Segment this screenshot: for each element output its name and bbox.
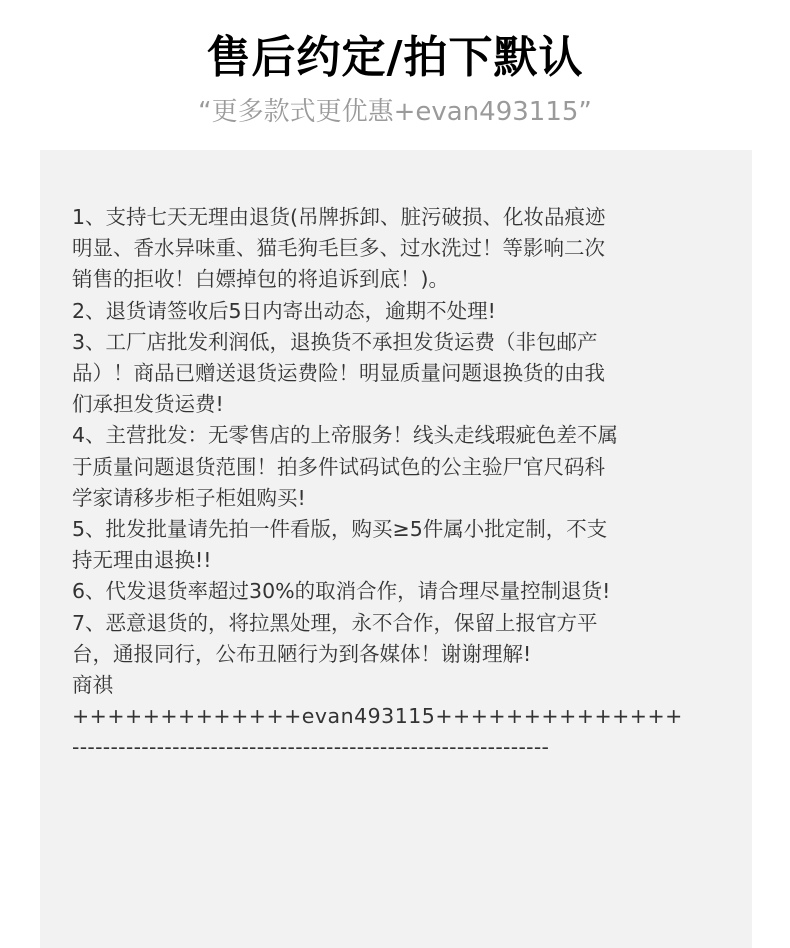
terms-line: 6、代发退货率超过30%的取消合作，请合理尽量控制退货! (72, 576, 722, 607)
after-sales-terms-panel: 1、支持七天无理由退货(吊牌拆卸、脏污破损、化妆品痕迹 明显、香水异味重、猫毛狗… (40, 150, 752, 948)
terms-line: 台，通报同行，公布丑陋行为到各媒体！谢谢理解! (72, 639, 722, 670)
terms-line: 3、工厂店批发利润低，退换货不承担发货运费（非包邮产 (72, 327, 722, 358)
page-title: 售后约定/拍下默认 (0, 28, 790, 88)
signature: 商祺 (72, 670, 722, 701)
terms-line: 1、支持七天无理由退货(吊牌拆卸、脏污破损、化妆品痕迹 (72, 202, 722, 233)
terms-line: 学家请移步柜子柜姐购买! (72, 483, 722, 514)
dash-divider: ----------------------------------------… (72, 732, 722, 763)
terms-line: 明显、香水异味重、猫毛狗毛巨多、过水洗过！等影响二次 (72, 233, 722, 264)
terms-line: 品）！商品已赠送退货运费险！明显质量问题退换货的由我 (72, 358, 722, 389)
terms-line: 4、主营批发：无零售店的上帝服务！线头走线瑕疵色差不属 (72, 420, 722, 451)
terms-line: 5、批发批量请先拍一件看版，购买≥5件属小批定制，不支 (72, 514, 722, 545)
page-subtitle: “更多款式更优惠+evan493115” (0, 94, 790, 130)
terms-content: 1、支持七天无理由退货(吊牌拆卸、脏污破损、化妆品痕迹 明显、香水异味重、猫毛狗… (72, 202, 722, 764)
terms-line: 们承担发货运费! (72, 389, 722, 420)
terms-line: 7、恶意退货的，将拉黑处理，永不合作，保留上报官方平 (72, 608, 722, 639)
terms-line: 于质量问题退货范围！拍多件试码试色的公主验尸官尺码科 (72, 452, 722, 483)
terms-line: 持无理由退换!! (72, 545, 722, 576)
terms-line: 销售的拒收！白嫖掉包的将追诉到底！)。 (72, 264, 722, 295)
terms-line: 2、退货请签收后5日内寄出动态，逾期不处理! (72, 296, 722, 327)
contact-plus-line: +++++++++++++evan493115++++++++++++++ (72, 701, 722, 732)
